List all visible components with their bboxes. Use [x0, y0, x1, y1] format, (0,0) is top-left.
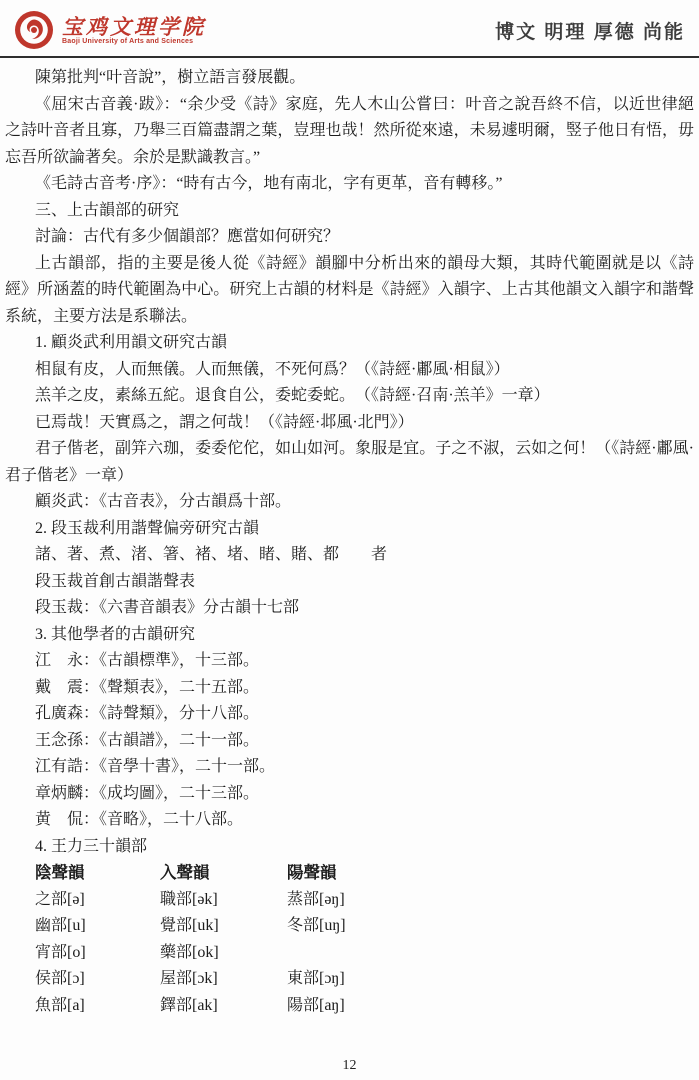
rhyme-table-cell: 鐸部[ak]	[160, 993, 287, 1020]
paragraph: 江有誥：《音學十書》，二十一部。	[5, 754, 694, 781]
paragraph: 4. 王力三十韻部	[5, 834, 694, 861]
document-page: 宝鸡文理学院 Baoji University of Arts and Scie…	[0, 0, 699, 1080]
rhyme-table-cell	[287, 940, 447, 967]
rhyme-table-header-cell: 入聲韻	[160, 860, 287, 887]
paragraph: 已焉哉！天實爲之，謂之何哉！（《詩經·邶風·北門》）	[5, 410, 694, 437]
rhyme-table-cell: 幽部[u]	[35, 913, 160, 940]
university-name-block: 宝鸡文理学院 Baoji University of Arts and Scie…	[62, 16, 206, 45]
paragraph: 2. 段玉裁利用諧聲偏旁研究古韻	[5, 516, 694, 543]
rhyme-table-body: 之部[ə]職部[ək]蒸部[əŋ]幽部[u]覺部[uk]冬部[uŋ]宵部[o]藥…	[35, 887, 694, 1020]
paragraph: 段玉裁首創古韻諧聲表	[5, 569, 694, 596]
paragraph: 《毛詩古音考·序》：“時有古今，地有南北，字有更革，音有轉移。”	[5, 171, 694, 198]
rhyme-table-cell: 宵部[o]	[35, 940, 160, 967]
page-number: 12	[343, 1058, 357, 1073]
rhyme-table-cell: 之部[ə]	[35, 887, 160, 914]
rhyme-table-cell: 魚部[a]	[35, 993, 160, 1020]
university-logo: 宝鸡文理学院 Baoji University of Arts and Scie…	[14, 10, 206, 50]
phoenix-seal-icon	[14, 10, 54, 50]
paragraph: 陳第批判“叶音說”，樹立語言發展觀。	[5, 65, 694, 92]
paragraph: 黄 侃：《音略》，二十八部。	[5, 807, 694, 834]
page-header: 宝鸡文理学院 Baoji University of Arts and Scie…	[0, 0, 699, 56]
paragraph: 相鼠有皮，人而無儀。人而無儀，不死何爲？（《詩經·鄘風·相鼠》）	[5, 357, 694, 384]
paragraph: 君子偕老，副笄六珈，委委佗佗，如山如河。象服是宜。子之不淑，云如之何！（《詩經·…	[5, 436, 694, 489]
paragraph: 顧炎武：《古音表》，分古韻爲十部。	[5, 489, 694, 516]
paragraph: 3. 其他學者的古韻研究	[5, 622, 694, 649]
rhyme-table-row: 魚部[a]鐸部[ak]陽部[aŋ]	[35, 993, 694, 1020]
paragraphs: 陳第批判“叶音說”，樹立語言發展觀。《屈宋古音義·跋》：“余少受《詩》家庭，先人…	[5, 65, 694, 860]
paragraph: 討論：古代有多少個韻部？應當如何研究？	[5, 224, 694, 251]
rhyme-table-cell: 藥部[ok]	[160, 940, 287, 967]
rhyme-table-cell: 東部[ɔŋ]	[287, 966, 447, 993]
university-motto: 博文 明理 厚德 尚能	[495, 17, 689, 44]
rhyme-table-cell: 覺部[uk]	[160, 913, 287, 940]
rhyme-table-row: 幽部[u]覺部[uk]冬部[uŋ]	[35, 913, 694, 940]
paragraph: 三、上古韻部的研究	[5, 198, 694, 225]
document-body: 陳第批判“叶音說”，樹立語言發展觀。《屈宋古音義·跋》：“余少受《詩》家庭，先人…	[0, 58, 699, 1019]
rhyme-table-row: 之部[ə]職部[ək]蒸部[əŋ]	[35, 887, 694, 914]
rhyme-table-cell: 職部[ək]	[160, 887, 287, 914]
paragraph: 1. 顧炎武利用韻文研究古韻	[5, 330, 694, 357]
paragraph: 段玉裁：《六書音韻表》分古韻十七部	[5, 595, 694, 622]
rhyme-table-header-cell: 陰聲韻	[35, 860, 160, 887]
paragraph: 孔廣森：《詩聲類》，分十八部。	[5, 701, 694, 728]
university-name-cn: 宝鸡文理学院	[62, 16, 206, 38]
rhyme-table-row: 宵部[o]藥部[ok]	[35, 940, 694, 967]
rhyme-table-cell: 屋部[ɔk]	[160, 966, 287, 993]
paragraph: 王念孫：《古韻譜》，二十一部。	[5, 728, 694, 755]
rhyme-table-head: 陰聲韻入聲韻陽聲韻	[35, 860, 694, 887]
paragraph: 章炳麟：《成均圖》，二十三部。	[5, 781, 694, 808]
page-footer: 12	[0, 1058, 699, 1074]
rhyme-table-row: 侯部[ɔ]屋部[ɔk]東部[ɔŋ]	[35, 966, 694, 993]
university-name-en: Baoji University of Arts and Sciences	[62, 38, 206, 45]
rhyme-table-cell: 蒸部[əŋ]	[287, 887, 447, 914]
paragraph: 戴 震：《聲類表》，二十五部。	[5, 675, 694, 702]
paragraph: 《屈宋古音義·跋》：“余少受《詩》家庭，先人木山公嘗曰：叶音之說吾終不信，以近世…	[5, 92, 694, 172]
rhyme-table-cell: 冬部[uŋ]	[287, 913, 447, 940]
rhyme-table-header-cell: 陽聲韻	[287, 860, 447, 887]
paragraph: 羔羊之皮，素絲五紽。退食自公，委蛇委蛇。 （《詩經·召南·羔羊》一章）	[5, 383, 694, 410]
rhyme-table-cell: 陽部[aŋ]	[287, 993, 447, 1020]
paragraph: 上古韻部，指的主要是後人從《詩經》韻腳中分析出來的韻母大類，其時代範圍就是以《詩…	[5, 251, 694, 331]
paragraph: 江 永：《古韻標準》，十三部。	[5, 648, 694, 675]
rhyme-table-cell: 侯部[ɔ]	[35, 966, 160, 993]
rhyme-table: 陰聲韻入聲韻陽聲韻 之部[ə]職部[ək]蒸部[əŋ]幽部[u]覺部[uk]冬部…	[35, 860, 694, 1019]
paragraph: 諸、著、煮、渚、箸、褚、堵、睹、賭、都 者	[5, 542, 694, 569]
